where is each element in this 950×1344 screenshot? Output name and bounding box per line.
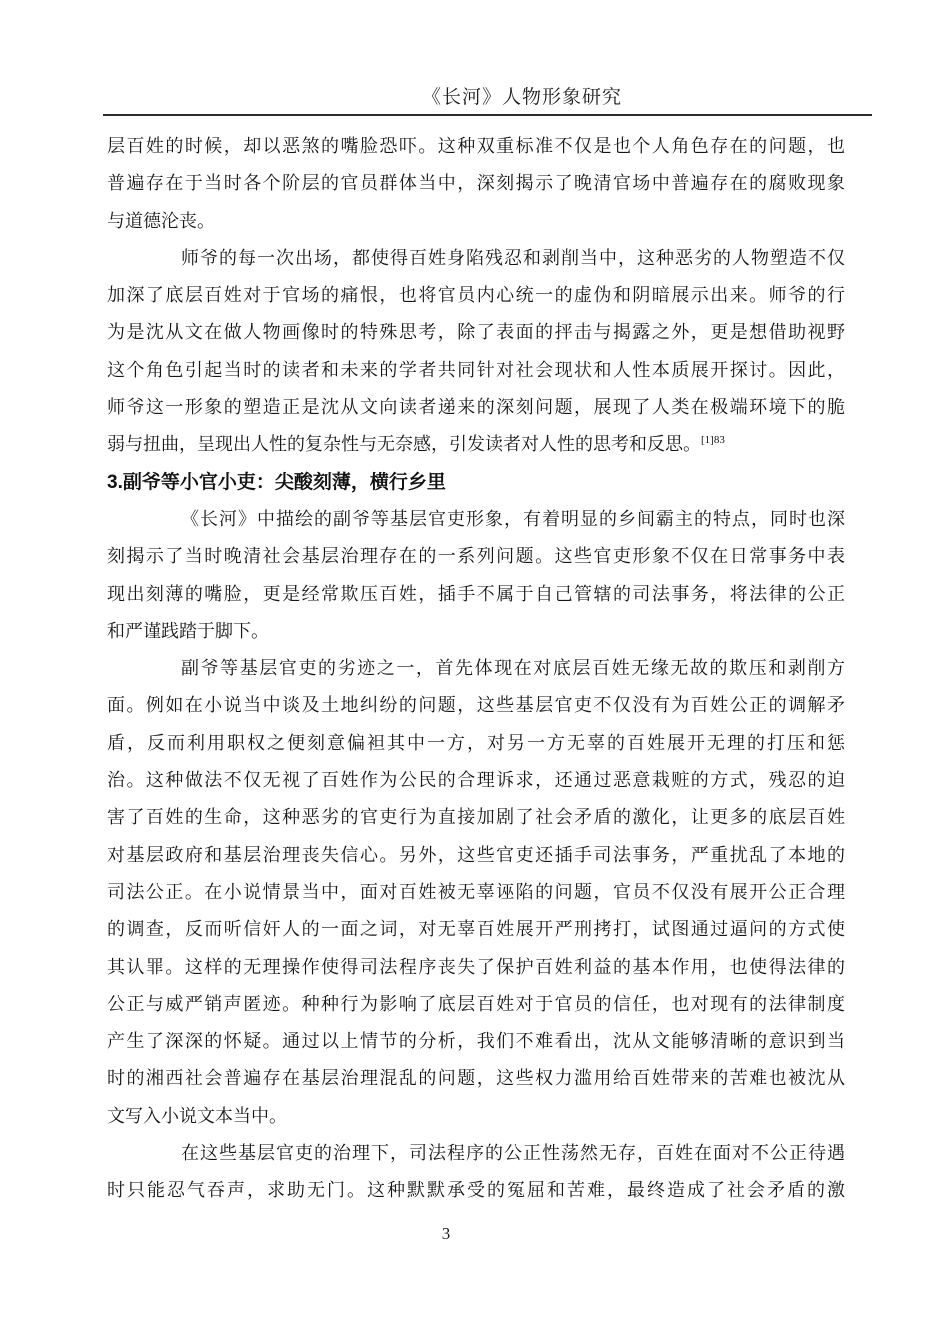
- text-line: 盾，反而利用职权之便刻意偏袒其中一方，对另一方无辜的百姓展开无理的打压和惩: [107, 725, 845, 762]
- line-text: 师爷的每一次出场，都使得百姓身陷残忍和剥削当中，这种恶劣的人物塑造不仅: [181, 248, 845, 268]
- text-line: 现出刻薄的嘴脸，更是经常欺压百姓，插手不属于自己管辖的司法事务，将法律的公正: [107, 576, 845, 613]
- line-text: 刻揭示了当时晚清社会基层治理存在的一系列问题。这些官吏形象不仅在日常事务中表: [107, 546, 845, 566]
- text-line: 其认罪。这样的无理操作使得司法程序丧失了保护百姓利益的基本作用，也使得法律的: [107, 949, 845, 986]
- text-line: 害了百姓的生命，这种恶劣的官吏行为直接加剧了社会矛盾的激化，让更多的底层百姓: [107, 799, 845, 836]
- text-line: 普遍存在于当时各个阶层的官员群体当中，深刻揭示了晚清官场中普遍存在的腐败现象: [107, 165, 845, 202]
- text-line: 层百姓的时候，却以恶煞的嘴脸恐吓。这种双重标准不仅是也个人角色存在的问题，也: [107, 128, 845, 165]
- line-text: 时只能忍气吞声，求助无门。这种默默承受的冤屈和苦难，最终造成了社会矛盾的激: [107, 1180, 845, 1200]
- text-line: 文写入小说文本当中。: [107, 1098, 845, 1135]
- text-line: 刻揭示了当时晚清社会基层治理存在的一系列问题。这些官吏形象不仅在日常事务中表: [107, 538, 845, 575]
- citation-superscript: [1]83: [701, 434, 725, 446]
- line-text: 普遍存在于当时各个阶层的官员群体当中，深刻揭示了晚清官场中普遍存在的腐败现象: [107, 173, 845, 193]
- line-text: 与道德沦丧。: [107, 211, 215, 231]
- header-divider-line: [103, 114, 872, 116]
- running-header-title: 《长河》人物形象研究: [0, 85, 950, 111]
- line-text: 的调查，反而听信奸人的一面之词，对无辜百姓展开严刑拷打，试图通过逼问的方式使: [107, 919, 845, 939]
- text-line: 对基层政府和基层治理丧失信心。另外，这些官吏还插手司法事务，严重扰乱了本地的: [107, 837, 845, 874]
- line-text: 对基层政府和基层治理丧失信心。另外，这些官吏还插手司法事务，严重扰乱了本地的: [107, 845, 845, 865]
- text-line: 面。例如在小说当中谈及土地纠纷的问题，这些基层官吏不仅没有为百姓公正的调解矛: [107, 687, 845, 724]
- line-text: 害了百姓的生命，这种恶劣的官吏行为直接加剧了社会矛盾的激化，让更多的底层百姓: [107, 807, 845, 827]
- line-text: 时的湘西社会普遍存在基层治理混乱的问题，这些权力滥用给百姓带来的苦难也被沈从: [107, 1068, 845, 1088]
- document-page: 《长河》人物形象研究 层百姓的时候，却以恶煞的嘴脸恐吓。这种双重标准不仅是也个人…: [0, 0, 950, 1344]
- document-body: 层百姓的时候，却以恶煞的嘴脸恐吓。这种双重标准不仅是也个人角色存在的问题，也普遍…: [107, 128, 845, 1210]
- text-line: 师爷的每一次出场，都使得百姓身陷残忍和剥削当中，这种恶劣的人物塑造不仅: [107, 240, 845, 277]
- line-text: 司法公正。在小说情景当中，面对百姓被无辜诬陷的问题，官员不仅没有展开公正合理: [107, 882, 845, 902]
- line-text: 加深了底层百姓对于官场的痛恨，也将官员内心统一的虚伪和阴暗展示出来。师爷的行: [107, 285, 845, 305]
- text-line: 时只能忍气吞声，求助无门。这种默默承受的冤屈和苦难，最终造成了社会矛盾的激: [107, 1172, 845, 1209]
- line-text: 这个角色引起当时的读者和未来的学者共同针对社会现状和人性本质展开探讨。因此，: [107, 360, 845, 380]
- text-line: 弱与扭曲，呈现出人性的复杂性与无奈感，引发读者对人性的思考和反思。[1]83: [107, 426, 845, 463]
- text-line: 加深了底层百姓对于官场的痛恨，也将官员内心统一的虚伪和阴暗展示出来。师爷的行: [107, 277, 845, 314]
- line-text: 盾，反而利用职权之便刻意偏袒其中一方，对另一方无辜的百姓展开无理的打压和惩: [107, 733, 845, 753]
- line-text: 面。例如在小说当中谈及土地纠纷的问题，这些基层官吏不仅没有为百姓公正的调解矛: [107, 695, 845, 715]
- text-line: 时的湘西社会普遍存在基层治理混乱的问题，这些权力滥用给百姓带来的苦难也被沈从: [107, 1060, 845, 1097]
- line-text: 和严谨践踏于脚下。: [107, 621, 269, 641]
- text-line: 产生了深深的怀疑。通过以上情节的分析，我们不难看出，沈从文能够清晰的意识到当: [107, 1023, 845, 1060]
- text-line: 副爷等基层官吏的劣迹之一，首先体现在对底层百姓无缘无故的欺压和剥削方: [107, 650, 845, 687]
- text-line: 这个角色引起当时的读者和未来的学者共同针对社会现状和人性本质展开探讨。因此，: [107, 352, 845, 389]
- line-text: 在这些基层官吏的治理下，司法程序的公正性荡然无存，百姓在面对不公正待遇: [181, 1143, 845, 1163]
- text-line: 的调查，反而听信奸人的一面之词，对无辜百姓展开严刑拷打，试图通过逼问的方式使: [107, 911, 845, 948]
- line-text: 师爷这一形象的塑造正是沈从文向读者递来的深刻问题，展现了人类在极端环境下的脆: [107, 397, 845, 417]
- line-text: 治。这种做法不仅无视了百姓作为公民的合理诉求，还通过恶意栽赃的方式，残忍的迫: [107, 770, 845, 790]
- line-text: 层百姓的时候，却以恶煞的嘴脸恐吓。这种双重标准不仅是也个人角色存在的问题，也: [107, 136, 845, 156]
- line-text: 《长河》中描绘的副爷等基层官吏形象，有着明显的乡间霸主的特点，同时也深: [181, 509, 845, 529]
- text-line: 在这些基层官吏的治理下，司法程序的公正性荡然无存，百姓在面对不公正待遇: [107, 1135, 845, 1172]
- text-line: 治。这种做法不仅无视了百姓作为公民的合理诉求，还通过恶意栽赃的方式，残忍的迫: [107, 762, 845, 799]
- line-text: 为是沈从文在做人物画像时的特殊思考，除了表面的抨击与揭露之外，更是想借助视野: [107, 322, 845, 342]
- text-line: 司法公正。在小说情景当中，面对百姓被无辜诬陷的问题，官员不仅没有展开公正合理: [107, 874, 845, 911]
- line-text: 弱与扭曲，呈现出人性的复杂性与无奈感，引发读者对人性的思考和反思。: [107, 434, 701, 454]
- line-text: 现出刻薄的嘴脸，更是经常欺压百姓，插手不属于自己管辖的司法事务，将法律的公正: [107, 584, 845, 604]
- text-line: 为是沈从文在做人物画像时的特殊思考，除了表面的抨击与揭露之外，更是想借助视野: [107, 314, 845, 351]
- line-text: 其认罪。这样的无理操作使得司法程序丧失了保护百姓利益的基本作用，也使得法律的: [107, 957, 845, 977]
- line-text: 产生了深深的怀疑。通过以上情节的分析，我们不难看出，沈从文能够清晰的意识到当: [107, 1031, 845, 1051]
- text-line: 公正与威严销声匿迹。种种行为影响了底层百姓对于官员的信任，也对现有的法律制度: [107, 986, 845, 1023]
- line-text: 副爷等基层官吏的劣迹之一，首先体现在对底层百姓无缘无故的欺压和剥削方: [181, 658, 845, 678]
- section-heading: 3.副爷等小官小吏：尖酸刻薄，横行乡里: [107, 464, 845, 501]
- line-text: 公正与威严销声匿迹。种种行为影响了底层百姓对于官员的信任，也对现有的法律制度: [107, 994, 845, 1014]
- page-number: 3: [0, 1222, 950, 1246]
- text-line: 和严谨践踏于脚下。: [107, 613, 845, 650]
- text-line: 《长河》中描绘的副爷等基层官吏形象，有着明显的乡间霸主的特点，同时也深: [107, 501, 845, 538]
- text-line: 与道德沦丧。: [107, 203, 845, 240]
- text-line: 师爷这一形象的塑造正是沈从文向读者递来的深刻问题，展现了人类在极端环境下的脆: [107, 389, 845, 426]
- line-text: 文写入小说文本当中。: [107, 1106, 287, 1126]
